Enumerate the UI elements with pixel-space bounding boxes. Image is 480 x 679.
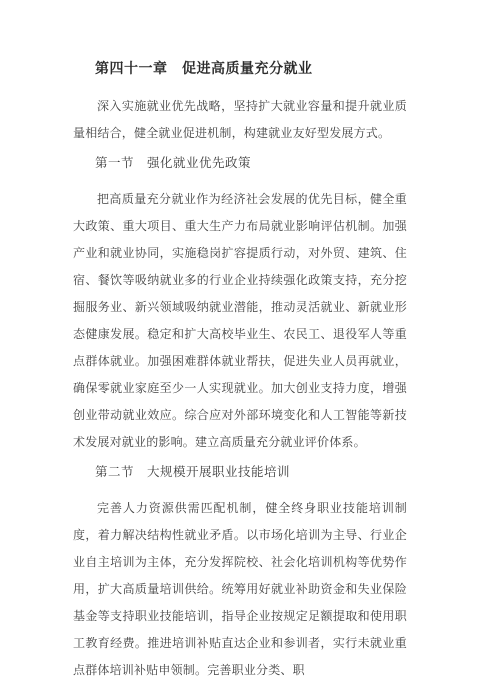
page-content: 第四十一章 促进高质量充分就业 深入实施就业优先战略，坚持扩大就业容量和提升就业… xyxy=(73,56,407,679)
section-2-heading: 第二节 大规模开展职业技能培训 xyxy=(73,459,407,486)
section-2-body: 完善人力资源供需匹配机制，健全终身职业技能培训制度，着力解决结构性就业矛盾。以市… xyxy=(73,495,407,679)
document-page: 第四十一章 促进高质量充分就业 深入实施就业优先战略，坚持扩大就业容量和提升就业… xyxy=(0,0,480,679)
intro-paragraph: 深入实施就业优先战略，坚持扩大就业容量和提升就业质量相结合，健全就业促进机制，构… xyxy=(73,93,407,147)
section-1-heading: 第一节 强化就业优先政策 xyxy=(73,150,407,177)
chapter-title: 第四十一章 促进高质量充分就业 xyxy=(73,56,407,83)
section-1-body: 把高质量充分就业作为经济社会发展的优先目标，健全重大政策、重大项目、重大生产力布… xyxy=(73,186,407,456)
